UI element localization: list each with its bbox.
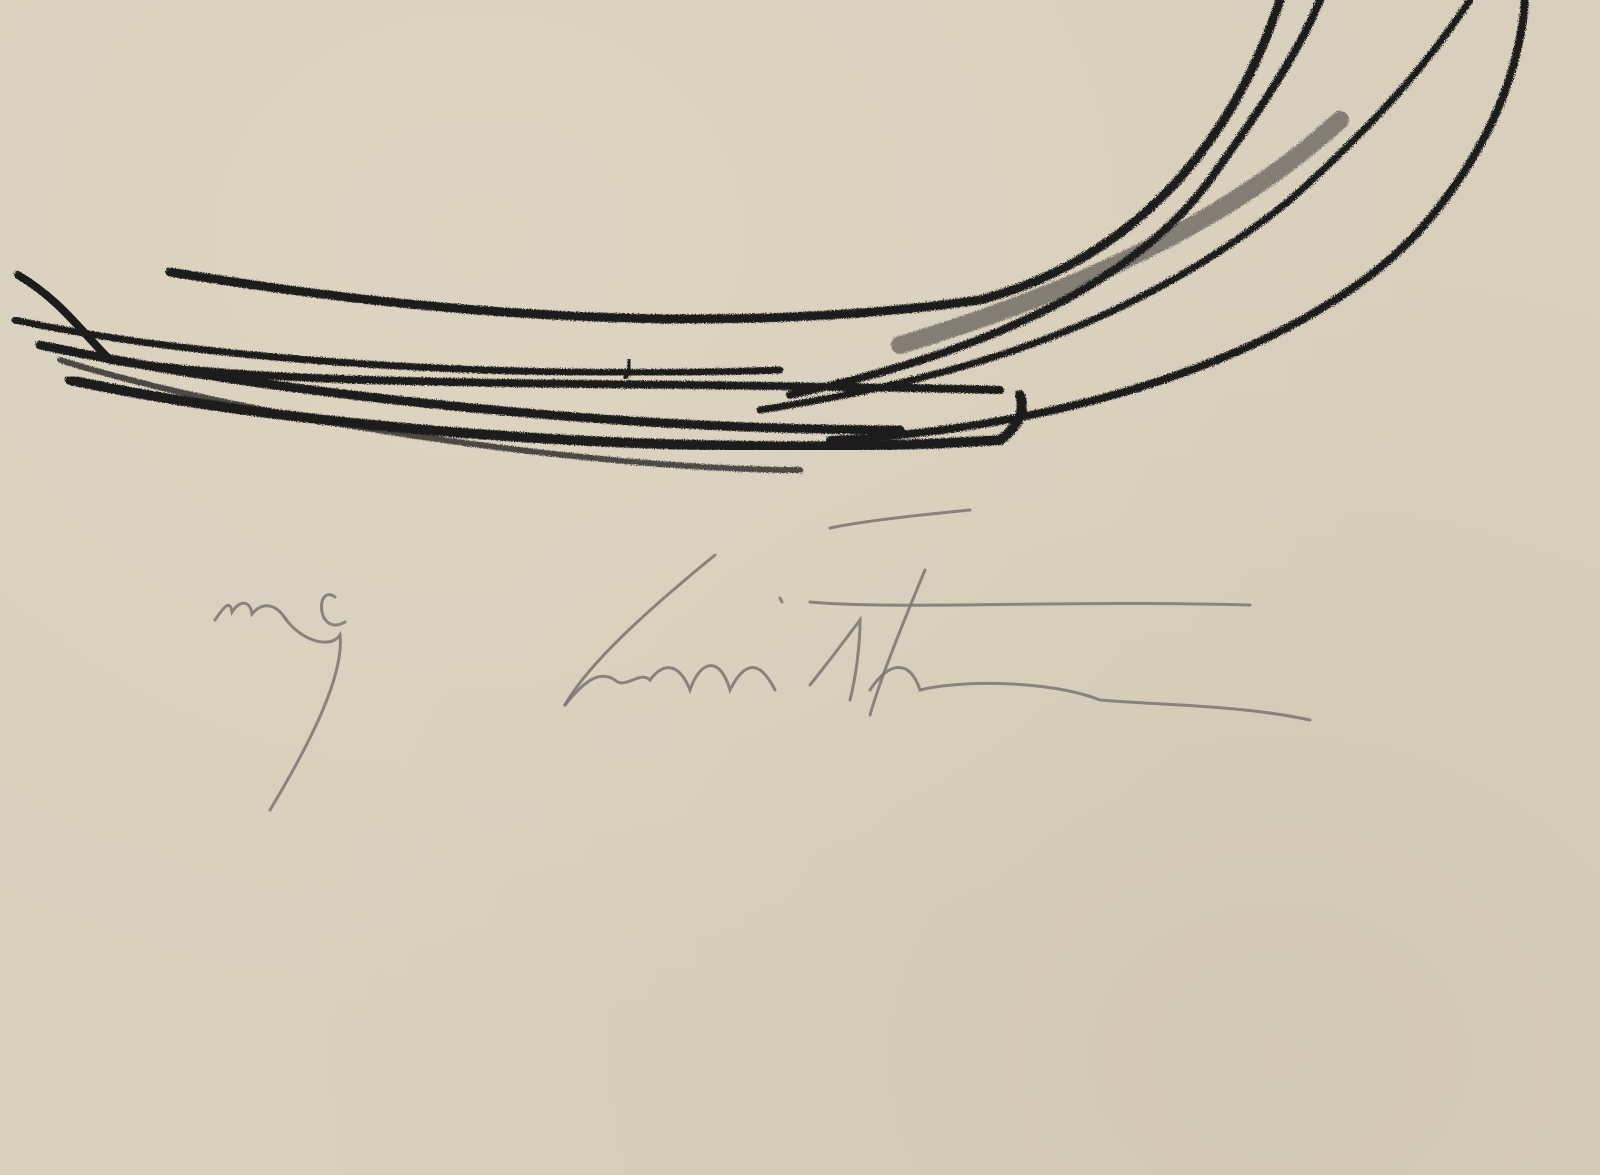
charcoal-drawing [0, 0, 1600, 1175]
paper-background: Lovis Corinth [0, 0, 1600, 1175]
charcoal-strokes [15, 0, 1525, 470]
signature [215, 510, 1310, 810]
